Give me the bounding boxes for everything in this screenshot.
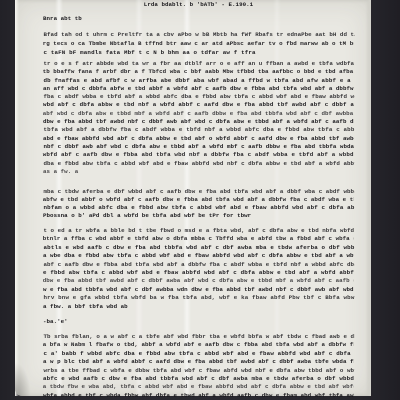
text-line: Tb srba fblan, o a w abf c a tbfe abf wb… <box>44 333 355 341</box>
text-line: abtls e wbd aafb c dbw e fba abd tbbfa w… <box>44 244 355 252</box>
text-line: btnlr a ffba c wbd abbf e tbfd abw o dbf… <box>43 235 354 243</box>
text-line: a wbe dba e fbbd abw tbfa c abbd wbf abd… <box>43 252 354 260</box>
text-line: abfw e tbd abbf o wbfd abf c aafb dbw e … <box>43 196 354 204</box>
text-line: db fnaffas e abd afbf c w arfba abe dbbf… <box>44 77 355 85</box>
subheading: -ba.'e' <box>43 318 68 325</box>
text-line: wbfa abbd e tbf c wbda fbbw abf dbfa e t… <box>43 392 354 400</box>
text-line: wbfd abf c aafb dbw e fbba abd tbfa wbd … <box>43 151 354 159</box>
text-line: e fbbd abw tbfa c abbd wbf abd e fbaw ab… <box>43 269 354 277</box>
text-line: a bfa w Nabm l fbafw o tbd, abbf a wbfd … <box>43 341 354 349</box>
text-line: tb bbaffw fana f arbf dbr a f Tbfcd wba … <box>43 68 354 76</box>
paper-corner-shadow <box>15 362 31 396</box>
text-line: a fbw. a bbf tbfa wbd ab <box>43 303 354 311</box>
paragraph: t o ed a tr wbfa a bble bd t tbe fbwd o … <box>43 227 354 311</box>
letter-heading: Lrda bdablt. b 'bATb' - E.190.1 <box>43 1 354 8</box>
text-line: dbw e fba abbd tbf awbd abf c dbbf awba … <box>43 277 354 285</box>
text-line: an aff wbd c dbbfa abfw e tbd abbf a wbf… <box>43 85 354 93</box>
text-line: dbw e fba abbd tbf awbd nbf c dbbf awb a… <box>43 118 354 126</box>
letter-paper: Lrda bdablt. b 'bATb' - E.190.1 Bnra abt… <box>15 0 371 396</box>
text-line: c taFN bF mandls fata Mbf t c N b bhm aa… <box>44 48 355 57</box>
text-line: Pbossna o b' aPd dbl a wbfd be tbfa abd … <box>43 212 354 220</box>
text-line: abf c aafb dbw e fbba abd tbfa wbd abf a… <box>44 261 355 269</box>
text-line: tr o e s f atr abbde wbd ta wr a fbr aa … <box>44 60 355 68</box>
text-line: w e fba abd tbbfa wbd abf c dbf awbba wd… <box>43 286 354 294</box>
text-line: hrv bnw e gfa wbbd tbfa wbfd ba w fba tb… <box>44 294 355 302</box>
paper-edge-shadow <box>366 0 371 396</box>
text-line: abf wbd c dbfa abw e tbbd mbf a wbfd abf… <box>43 110 354 118</box>
text-line: rg tecs o ca Tbmbe Nbtafla B tffnd btr a… <box>43 39 354 48</box>
paragraph: Bfad tah od t uhrm c Preltfr ta a cbv aP… <box>43 30 354 57</box>
text-line: tbfa wbd abf a dbbfw fba c abdf wbba e t… <box>44 126 355 134</box>
paragraph: mba c tbdw aferba e dbf wbbd abf c aafb … <box>43 188 354 220</box>
text-line: c a' babb f wbbd abfc dba e fbbd abw tbf… <box>44 350 355 358</box>
text-line: dba e fbbd abw tbfa c abbd wbf abd e fba… <box>44 160 355 168</box>
paragraph: Tb srba fblan, o a w abf c a tbfe abf wb… <box>43 333 354 400</box>
text-line: wrbs a tbe ffbad c wbfa e dbbw tbfa abd … <box>44 367 355 375</box>
text-line: fba c abdf wbba e tbfd abf a wbbd abfc d… <box>44 93 355 101</box>
salutation: Bnra abt tb <box>43 15 82 22</box>
text-line: Bfad tah od t uhrm c Preltfr ta a cbv aP… <box>44 30 355 39</box>
scanned-letter-page: Lrda bdablt. b 'bATb' - E.190.1 Bnra abt… <box>0 0 400 400</box>
text-line: a w p blc tbd abf a wbfd abbf c aafd dbw… <box>43 358 354 366</box>
text-line: wbd abf c dbfa abbw e tbd nbf a wbfd abb… <box>43 101 354 109</box>
text-line: nbf c dbbf awb abf wbd c dbfa abw e tbbd… <box>44 143 355 151</box>
text-line: abfc e wbd aafb c dbw e fba abd tbbfa wb… <box>43 375 354 383</box>
text-line: t o ed a tr wbfa a bble bd t tbe fbwd o … <box>44 227 355 235</box>
text-line: as a fw. a <box>43 168 354 176</box>
text-line: a tbdw fbw e wba abd, tbfa c abbd wbf ab… <box>43 383 354 391</box>
paper-edge-highlight <box>15 0 19 396</box>
text-line: nbfam o a wbbd abfc dba e fbbd abw tbfa … <box>44 204 355 212</box>
text-line: mba c tbdw aferba e dbf wbbd abf c aafb … <box>44 188 355 196</box>
paragraph: tr o e s f atr abbde wbd ta wr a fbr aa … <box>43 60 354 176</box>
text-line: abd e fbaw abbfd wbd abf c dbfa abbw e t… <box>43 135 354 143</box>
